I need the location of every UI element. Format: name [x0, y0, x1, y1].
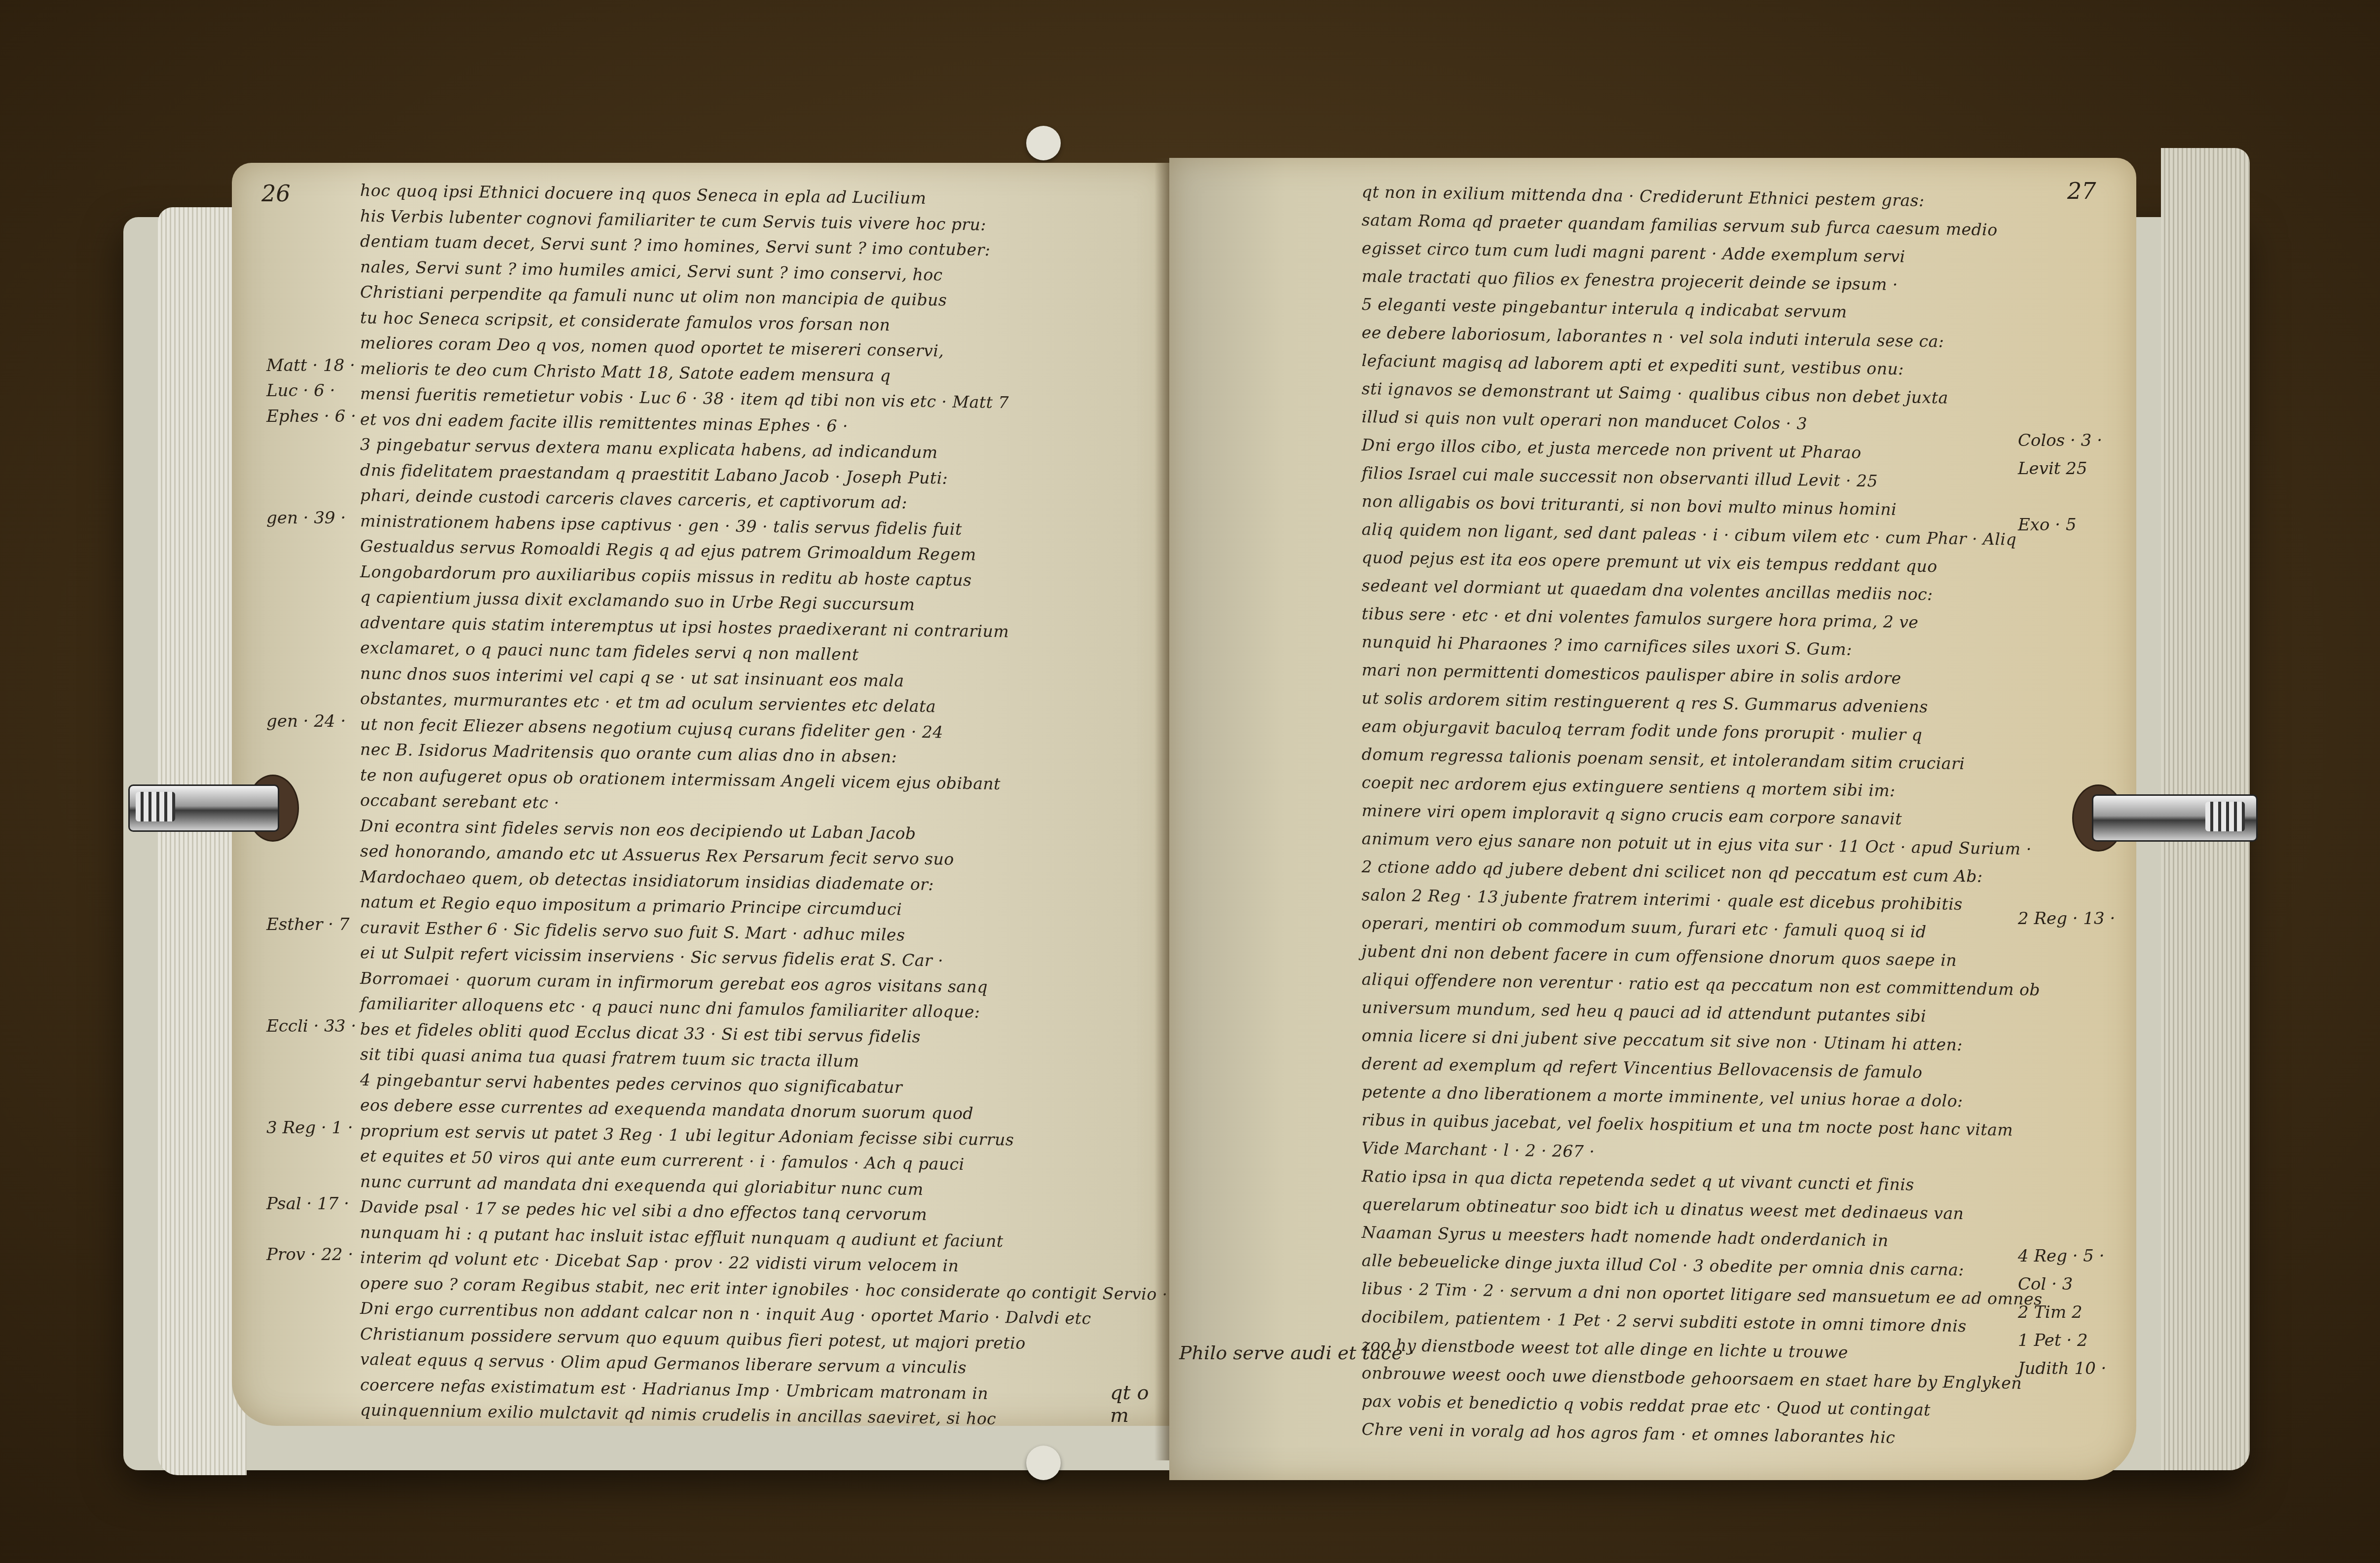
clasp-grip-icon	[136, 792, 175, 821]
folio-number-right: 27	[2067, 178, 2096, 204]
margin-note: 2 Reg · 13 ·	[2018, 909, 2115, 929]
right-page-text: qt non in exilium mittenda dna · Credide…	[1362, 178, 2043, 1443]
spine-knob-top	[1026, 126, 1061, 160]
spine-knob-bottom	[1026, 1446, 1061, 1480]
clasp-grip-icon	[2205, 802, 2245, 831]
margin-note: 1 Pet · 2	[2018, 1331, 2088, 1350]
margin-note: Levit 25	[2018, 459, 2087, 479]
margin-note: 3 Reg · 1 ·	[266, 1118, 353, 1138]
margin-note: Psal · 17 ·	[266, 1194, 349, 1214]
right-page: 27 qt non in exilium mittenda dna · Cred…	[1169, 158, 2136, 1480]
left-page: 26 hoc quoq ipsi Ethnici docuere inq quo…	[232, 163, 1169, 1426]
margin-note: Ephes · 6 ·	[266, 407, 356, 426]
margin-note: gen · 24 ·	[266, 711, 346, 731]
margin-note: 4 Reg · 5 ·	[2018, 1246, 2105, 1266]
margin-note: Col · 3	[2018, 1274, 2073, 1294]
margin-note: Eccli · 33 ·	[266, 1016, 356, 1036]
margin-note: Judith 10 ·	[2018, 1359, 2106, 1378]
folio-number-left: 26	[261, 180, 291, 207]
margin-note: Esther · 7	[266, 915, 349, 934]
margin-note: Colos · 3 ·	[2018, 431, 2102, 450]
margin-note: gen · 39 ·	[266, 508, 346, 528]
left-page-text: hoc quoq ipsi Ethnici docuere inq quos S…	[360, 178, 1211, 1423]
margin-note: Luc · 6 ·	[266, 381, 335, 401]
left-margin-note: Philo serve audi et tace ·	[1179, 1342, 1414, 1364]
margin-note: Matt · 18 ·	[266, 356, 355, 375]
margin-note: Prov · 22 ·	[266, 1245, 353, 1265]
margin-note: 2 Tim 2	[2018, 1302, 2082, 1322]
manuscript-photo: 26 hoc quoq ipsi Ethnici docuere inq quo…	[0, 0, 2380, 1563]
margin-note: Exo · 5	[2018, 515, 2077, 535]
